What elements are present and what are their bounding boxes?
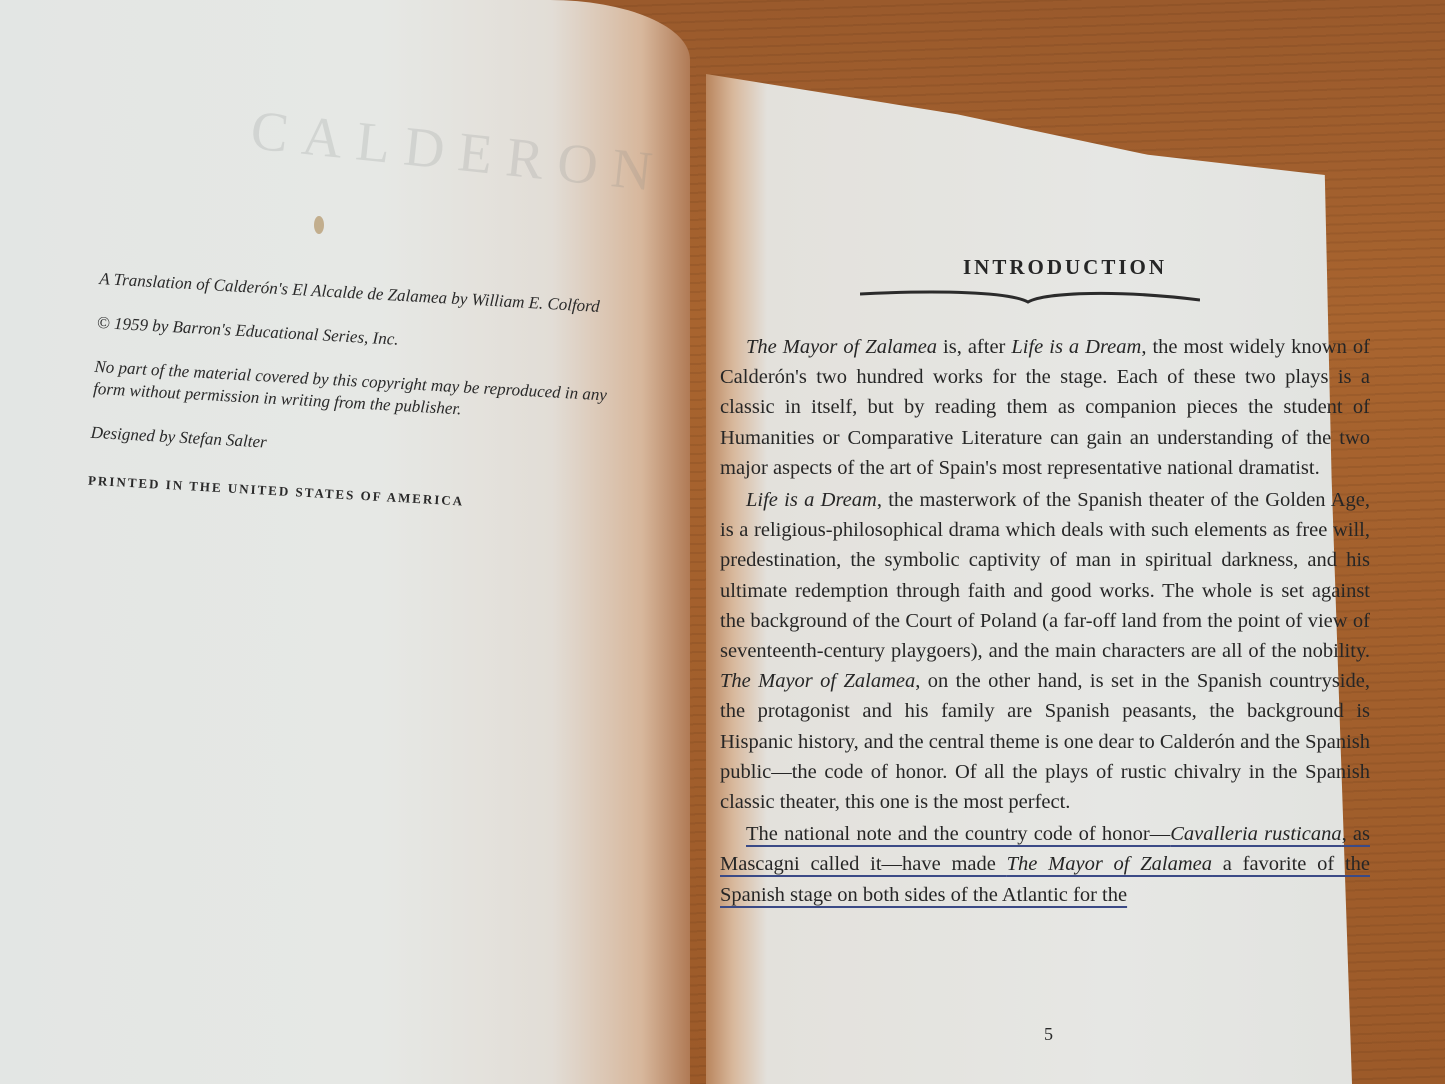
introduction-text: INTRODUCTION The Mayor of Zalamea is, af…	[720, 255, 1370, 910]
translation-credit: A Translation of Calderón's El Alcalde d…	[99, 268, 629, 320]
italic-title: Life is a Dream	[746, 489, 877, 511]
copyright-line: © 1959 by Barron's Educational Series, I…	[96, 312, 626, 364]
text-run: , the masterwork of the Spanish theater …	[720, 489, 1370, 662]
ornament-divider-icon	[860, 286, 1200, 308]
chapter-heading: INTRODUCTION	[760, 255, 1370, 280]
copyright-block: A Translation of Calderón's El Alcalde d…	[87, 268, 629, 521]
text-run: The national note and the country code o…	[746, 823, 1170, 845]
italic-title: The Mayor of Zalamea	[746, 336, 937, 358]
italic-title: The Mayor of Zalamea	[720, 670, 915, 692]
left-page-copyright: CALDERON A Translation of Calderón's El …	[0, 0, 690, 1084]
designer-credit: Designed by Stefan Salter	[90, 422, 620, 474]
paper-stain	[314, 216, 324, 234]
italic-title: Life is a Dream	[1011, 336, 1141, 358]
body-paragraphs: The Mayor of Zalamea is, after Life is a…	[720, 332, 1370, 910]
paragraph: Life is a Dream, the masterwork of the S…	[720, 485, 1370, 817]
italic-title: Cavalleria rusticana	[1170, 823, 1341, 845]
rights-notice: No part of the material covered by this …	[93, 356, 625, 430]
paragraph: The national note and the country code o…	[720, 819, 1370, 910]
paragraph: The Mayor of Zalamea is, after Life is a…	[720, 332, 1370, 483]
text-run: is, after	[937, 336, 1011, 358]
printed-in-line: PRINTED IN THE UNITED STATES OF AMERICA	[87, 470, 617, 522]
show-through-title: CALDERON	[248, 98, 669, 205]
italic-title: The Mayor of Zalamea	[1007, 853, 1212, 875]
page-number: 5	[1044, 1024, 1053, 1045]
